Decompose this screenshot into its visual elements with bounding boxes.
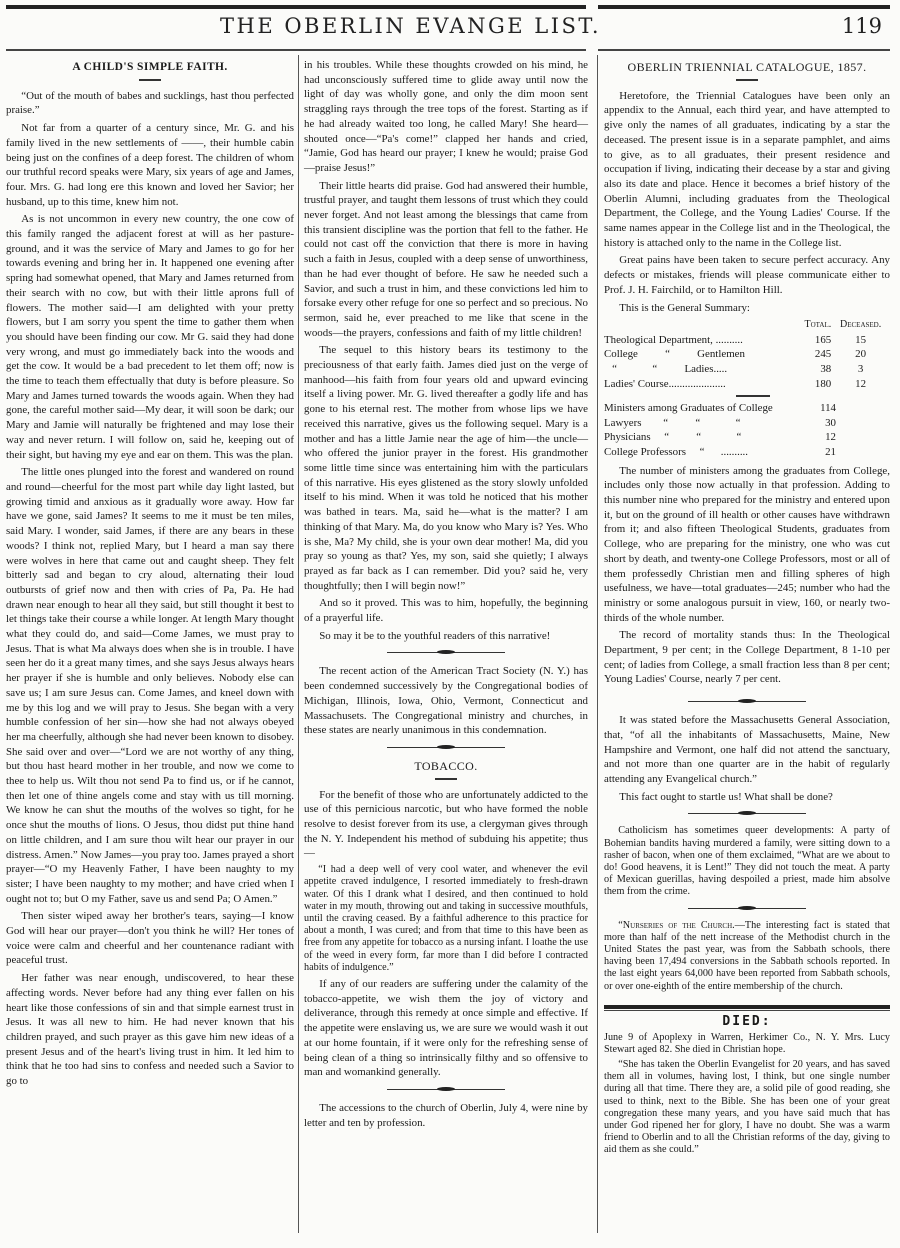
masthead-top-rule-right xyxy=(598,5,890,9)
summary-total: 245 xyxy=(802,347,831,362)
profession-label: College Professors “ .......... xyxy=(604,445,806,460)
paragraph: The record of mortality stands thus: In … xyxy=(604,628,890,687)
title-underline xyxy=(139,79,161,81)
ornamental-divider xyxy=(387,652,505,653)
profession-row: College Professors “ .......... 21 xyxy=(604,445,890,460)
paragraph: Heretofore, the Triennial Catalogues hav… xyxy=(604,89,890,251)
title-underline xyxy=(435,778,457,780)
accessions-item: The accessions to the church of Oberlin,… xyxy=(304,1101,588,1130)
profession-count: 114 xyxy=(806,401,836,416)
profession-count: 30 xyxy=(806,416,836,431)
article-title-triennial-catalogue: OBERLIN TRIENNIAL CATALOGUE, 1857. xyxy=(604,60,890,75)
massachusetts-remark: This fact ought to startle us! What shal… xyxy=(604,790,890,805)
paragraph: The sequel to this history bears its tes… xyxy=(304,343,588,593)
profession-label: Ministers among Graduates of College xyxy=(604,401,806,416)
summary-total: 38 xyxy=(802,362,831,377)
nurseries-lead: “Nurseries of the Church. xyxy=(618,920,734,931)
summary-total: 180 xyxy=(802,377,831,392)
paragraph-continued: in his troubles. While these thoughts cr… xyxy=(304,58,588,176)
died-heading: DIED: xyxy=(604,1015,890,1030)
massachusetts-item: It was stated before the Massachusetts G… xyxy=(604,713,890,787)
masthead-top-rule-left xyxy=(6,5,586,9)
table-divider xyxy=(736,395,770,397)
nurseries-item: “Nurseries of the Church.—The interestin… xyxy=(604,920,890,993)
paragraph: So may it be to the youthful readers of … xyxy=(304,629,588,644)
summary-label: Ladies' Course..................... xyxy=(604,377,802,392)
tobacco-quote: “I had a deep well of very cool water, a… xyxy=(304,864,588,974)
tobacco-intro: For the benefit of those who are unfortu… xyxy=(304,788,588,862)
profession-count: 21 xyxy=(806,445,836,460)
page-number: 119 xyxy=(842,14,882,38)
summary-label: “ “ Ladies..... xyxy=(604,362,802,377)
masthead-bottom-rule-right xyxy=(598,49,890,51)
summary-row: College “ Gentlemen 245 20 xyxy=(604,347,890,362)
column-divider-2 xyxy=(597,55,598,1233)
summary-row: “ “ Ladies..... 38 3 xyxy=(604,362,890,377)
ornamental-divider xyxy=(688,813,806,814)
ornamental-divider xyxy=(387,1089,505,1090)
column-1: A CHILD'S SIMPLE FAITH. “Out of the mout… xyxy=(6,58,294,1092)
summary-label: Theological Department, .......... xyxy=(604,333,802,348)
header-blank xyxy=(604,318,802,333)
profession-count: 12 xyxy=(806,430,836,445)
title-underline xyxy=(736,79,758,81)
catholicism-item: Catholicism has sometimes queer developm… xyxy=(604,825,890,898)
column-divider-1 xyxy=(298,55,299,1233)
newspaper-title: THE OBERLIN EVANGE LIST. xyxy=(220,14,601,38)
summary-row: Ladies' Course..................... 180 … xyxy=(604,377,890,392)
profession-row: Lawyers “ “ “ 30 xyxy=(604,416,890,431)
article-title-tobacco: TOBACCO. xyxy=(304,759,588,774)
paragraph: The number of ministers among the gradua… xyxy=(604,464,890,626)
header-total: Total. xyxy=(802,318,831,333)
profession-label: Lawyers “ “ “ xyxy=(604,416,806,431)
summary-header-row: Total. Deceased. xyxy=(604,318,890,333)
paragraph: The little ones plunged into the forest … xyxy=(6,465,294,906)
profession-row: Physicians “ “ “ 12 xyxy=(604,430,890,445)
summary-total: 165 xyxy=(802,333,831,348)
paragraph: Then sister wiped away her brother's tea… xyxy=(6,909,294,968)
summary-row: Theological Department, .......... 165 1… xyxy=(604,333,890,348)
column-2: in his troubles. While these thoughts cr… xyxy=(304,58,588,1133)
paragraph: Their little hearts did praise. God had … xyxy=(304,179,588,341)
died-top-rule xyxy=(604,1005,890,1009)
article-title-childs-simple-faith: A CHILD'S SIMPLE FAITH. xyxy=(6,60,294,75)
paragraph: Not far from a quarter of a century sinc… xyxy=(6,121,294,209)
obituary-notice: June 9 of Apoplexy in Warren, Herkimer C… xyxy=(604,1032,890,1056)
epigraph: “Out of the mouth of babes and sucklings… xyxy=(6,89,294,118)
summary-deceased: 3 xyxy=(831,362,890,377)
general-summary-table: Total. Deceased. Theological Department,… xyxy=(604,318,890,459)
ornamental-divider xyxy=(688,908,806,909)
summary-deceased: 12 xyxy=(831,377,890,392)
died-top-rule-thin xyxy=(604,1010,890,1011)
obituary-quote: “She has taken the Oberlin Evangelist fo… xyxy=(604,1059,890,1157)
paragraph: And so it proved. This was to him, hopef… xyxy=(304,596,588,625)
masthead-bottom-rule-left xyxy=(6,49,586,51)
ornamental-divider xyxy=(387,747,505,748)
profession-row: Ministers among Graduates of College 114 xyxy=(604,401,890,416)
paragraph: Great pains have been taken to secure pe… xyxy=(604,253,890,297)
column-3: OBERLIN TRIENNIAL CATALOGUE, 1857. Heret… xyxy=(604,58,890,1160)
tobacco-closing: If any of our readers are suffering unde… xyxy=(304,977,588,1080)
tract-society-item: The recent action of the American Tract … xyxy=(304,664,588,738)
summary-intro: This is the General Summary: xyxy=(604,301,890,316)
profession-label: Physicians “ “ “ xyxy=(604,430,806,445)
summary-label: College “ Gentlemen xyxy=(604,347,802,362)
summary-deceased: 20 xyxy=(831,347,890,362)
summary-deceased: 15 xyxy=(831,333,890,348)
masthead: THE OBERLIN EVANGE LIST. 119 xyxy=(0,14,900,44)
header-deceased: Deceased. xyxy=(831,318,890,333)
paragraph: As is not uncommon in every new country,… xyxy=(6,212,294,462)
ornamental-divider xyxy=(688,701,806,702)
paragraph: Her father was near enough, undiscovered… xyxy=(6,971,294,1089)
